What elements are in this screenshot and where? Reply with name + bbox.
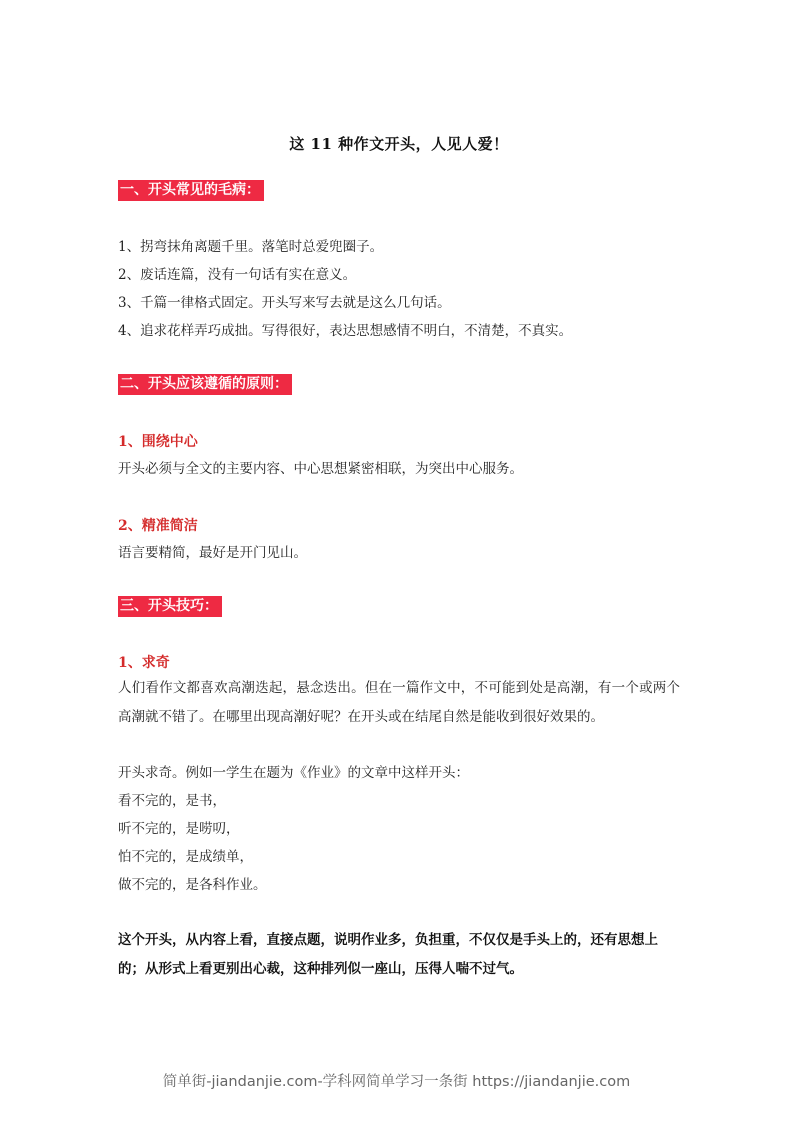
technique-commentary: 这个开头，从内容上看，直接点题，说明作业多，负担重，不仅仅是手头上的，还有思想上…	[118, 926, 680, 984]
technique-body-1: 人们看作文都喜欢高潮迭起，悬念迭出。但在一篇作文中，不可能到处是高潮，有一个或两…	[118, 674, 680, 732]
section-header-principles: 二、开头应该遵循的原则：	[118, 374, 292, 395]
footer-watermark: 简单街-jiandanjie.com-学科网简单学习一条街 https://ji…	[0, 1070, 793, 1091]
principle-body-1: 开头必须与全文的主要内容、中心思想紧密相联，为突出中心服务。	[118, 459, 523, 479]
problem-item-4: 4、追求花样弄巧成拙。写得很好，表达思想感情不明白，不清楚，不真实。	[118, 321, 572, 341]
problem-item-2: 2、废话连篇，没有一句话有实在意义。	[118, 265, 356, 285]
problem-item-3: 3、千篇一律格式固定。开头写来写去就是这么几句话。	[118, 293, 451, 313]
section-header-common-problems: 一、开头常见的毛病：	[118, 180, 264, 201]
principle-title-2: 2、精准简洁	[118, 515, 198, 535]
problem-item-1: 1、拐弯抹角离题千里。落笔时总爱兜圈子。	[118, 237, 383, 257]
example-line-2: 听不完的，是唠叨，	[118, 819, 240, 839]
principle-body-2: 语言要精简，最好是开门见山。	[118, 543, 307, 563]
technique-title-1: 1、求奇	[118, 652, 170, 672]
section-header-techniques: 三、开头技巧：	[118, 596, 222, 617]
document-title: 这 11 种作文开头，人见人爱！	[118, 133, 680, 154]
technique-example-intro: 开头求奇。例如一学生在题为《作业》的文章中这样开头：	[118, 763, 469, 783]
example-line-3: 怕不完的，是成绩单，	[118, 847, 253, 867]
principle-title-1: 1、围绕中心	[118, 431, 198, 451]
example-line-4: 做不完的，是各科作业。	[118, 875, 267, 895]
example-line-1: 看不完的，是书，	[118, 791, 226, 811]
